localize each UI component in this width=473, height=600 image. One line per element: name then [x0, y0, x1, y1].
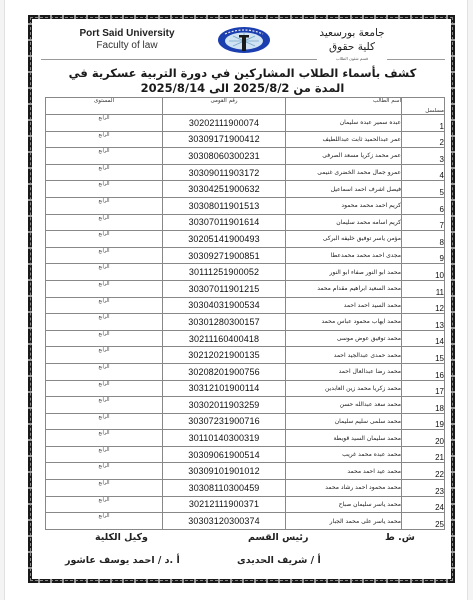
- student-name-cell: محمد عبده محمد غريب: [286, 446, 402, 463]
- student-name-cell: عمر عبدالحميد ثابت عبداللطيف: [286, 131, 402, 148]
- serial-cell: 23: [402, 480, 445, 497]
- national-id-cell: 30307011901614: [163, 214, 286, 231]
- student-name-cell: فيصل اشرف احمد اسماعيل: [286, 181, 402, 198]
- student-name-cell: محمد توفيق عوض موسى: [286, 330, 402, 347]
- level-cell: الرابع: [46, 297, 163, 314]
- national-id-cell: 30309171900412: [163, 131, 286, 148]
- table-row: 18محمد سعد عبدالله حسن30302011903259الرا…: [46, 397, 445, 414]
- student-name-cell: محمد رضا عبدالعال احمد: [286, 363, 402, 380]
- serial-cell: 14: [402, 330, 445, 347]
- level-cell: الرابع: [46, 264, 163, 281]
- table-row: 15محمد حمدى عبدالجيد احمد30212021900135ا…: [46, 347, 445, 364]
- serial-cell: 22: [402, 463, 445, 480]
- table-row: 9مجدى احمد محمد محمدعطا30309271900851الر…: [46, 247, 445, 264]
- level-cell: الرابع: [46, 231, 163, 248]
- table-row: 8مؤمن ياسر توفيق خليفه البركى30205141900…: [46, 231, 445, 248]
- student-name-cell: محمد ابو النور صفاء ابو النور: [286, 264, 402, 281]
- serial-cell: 21: [402, 446, 445, 463]
- national-id-cell: 30202111900074: [163, 115, 286, 132]
- national-id-cell: 30301280300157: [163, 314, 286, 331]
- level-cell: الرابع: [46, 131, 163, 148]
- level-cell: الرابع: [46, 496, 163, 513]
- table-row: 21محمد عبده محمد غريب30309061900514الراب…: [46, 446, 445, 463]
- level-cell: الرابع: [46, 380, 163, 397]
- serial-cell: 3: [402, 148, 445, 165]
- header-arabic: جامعة بورسعيد كلية حقوق: [297, 27, 407, 53]
- national-id-cell: 30208201900756: [163, 363, 286, 380]
- student-name-cell: كريم احمد محمد محمود: [286, 197, 402, 214]
- column-header-name: اسم الطالب: [286, 98, 402, 115]
- table-row: 24محمد ياسر سليمان صباح30212111900371الر…: [46, 496, 445, 513]
- department-label: قسم شئون الطلاب: [317, 55, 387, 63]
- serial-cell: 18: [402, 397, 445, 414]
- student-affairs-label: ش. ط: [385, 532, 415, 543]
- national-id-cell: 30309011903172: [163, 164, 286, 181]
- faculty-name-en: Faculty of law: [67, 40, 187, 51]
- national-id-cell: 30309101901012: [163, 463, 286, 480]
- serial-cell: 12: [402, 297, 445, 314]
- serial-cell: 16: [402, 363, 445, 380]
- title-line-2: المدة من 2025/8/2 الى 2025/8/14: [45, 81, 440, 96]
- national-id-cell: 30312101900114: [163, 380, 286, 397]
- serial-cell: 4: [402, 164, 445, 181]
- table-header-row: مسلسل اسم الطالب رقم القومى المستوى: [46, 98, 445, 115]
- student-name-cell: كريم اسامه محمد سليمان: [286, 214, 402, 231]
- table-row: 2عمر عبدالحميد ثابت عبداللطيف30309171900…: [46, 131, 445, 148]
- national-id-cell: 30307011901215: [163, 280, 286, 297]
- national-id-cell: 30308011901513: [163, 197, 286, 214]
- national-id-cell: 30308060300231: [163, 148, 286, 165]
- student-name-cell: محمد حمدى عبدالجيد احمد: [286, 347, 402, 364]
- university-name-ar: جامعة بورسعيد: [297, 27, 407, 39]
- level-cell: الرابع: [46, 148, 163, 165]
- national-id-cell: 30211160400418: [163, 330, 286, 347]
- table-row: 23محمد محمود احمد رشاد محمد3030811030045…: [46, 480, 445, 497]
- serial-cell: 15: [402, 347, 445, 364]
- document-page: Port Said University Faculty of law جامع…: [4, 0, 468, 600]
- national-id-cell: 30307231900716: [163, 413, 286, 430]
- department-head-title: رئيس القسم: [248, 532, 308, 543]
- table-row: 5فيصل اشرف احمد اسماعيل30304251900632الر…: [46, 181, 445, 198]
- serial-cell: 8: [402, 231, 445, 248]
- student-name-cell: محمد ايهاب محمود عباس محمد: [286, 314, 402, 331]
- national-id-cell: 30308110300459: [163, 480, 286, 497]
- table-row: 22محمد عيد احمد محمد30309101901012الرابع: [46, 463, 445, 480]
- student-name-cell: محمد سليمان السيد قويطة: [286, 430, 402, 447]
- level-cell: الرابع: [46, 463, 163, 480]
- student-name-cell: محمد زكريا محمد زين العابدين: [286, 380, 402, 397]
- table-row: 20محمد سليمان السيد قويطة30110140300319ا…: [46, 430, 445, 447]
- national-id-cell: 30302011903259: [163, 397, 286, 414]
- student-name-cell: محمد السيد احمد احمد: [286, 297, 402, 314]
- level-cell: الرابع: [46, 214, 163, 231]
- level-cell: الرابع: [46, 115, 163, 132]
- table-row: 17محمد زكريا محمد زين العابدين3031210190…: [46, 380, 445, 397]
- serial-cell: 7: [402, 214, 445, 231]
- level-cell: الرابع: [46, 413, 163, 430]
- table-row: 12محمد السيد احمد احمد30304031900534الرا…: [46, 297, 445, 314]
- serial-cell: 9: [402, 247, 445, 264]
- faculty-name-ar: كلية حقوق: [297, 41, 407, 53]
- serial-cell: 5: [402, 181, 445, 198]
- national-id-cell: 30309061900514: [163, 446, 286, 463]
- serial-cell: 13: [402, 314, 445, 331]
- student-name-cell: محمد محمود احمد رشاد محمد: [286, 480, 402, 497]
- table-row: 7كريم اسامه محمد سليمان30307011901614الر…: [46, 214, 445, 231]
- level-cell: الرابع: [46, 314, 163, 331]
- national-id-cell: 30304251900632: [163, 181, 286, 198]
- students-table: مسلسل اسم الطالب رقم القومى المستوى 1عبد…: [45, 97, 445, 530]
- serial-cell: 11: [402, 280, 445, 297]
- level-cell: الرابع: [46, 480, 163, 497]
- table-row: 1عبده سمير عبده سليمان30202111900074الرا…: [46, 115, 445, 132]
- level-cell: الرابع: [46, 280, 163, 297]
- national-id-cell: 30110140300319: [163, 430, 286, 447]
- national-id-cell: 30309271900851: [163, 247, 286, 264]
- level-cell: الرابع: [46, 197, 163, 214]
- national-id-cell: 30303120300374: [163, 513, 286, 530]
- university-logo-icon: [215, 24, 273, 56]
- level-cell: الرابع: [46, 446, 163, 463]
- column-header-level: المستوى: [46, 98, 163, 115]
- national-id-cell: 30111251900052: [163, 264, 286, 281]
- serial-cell: 2: [402, 131, 445, 148]
- department-head-name: أ / شريف الحديدى: [237, 555, 321, 566]
- header-english: Port Said University Faculty of law: [67, 28, 187, 51]
- serial-cell: 19: [402, 413, 445, 430]
- serial-cell: 24: [402, 496, 445, 513]
- title-line-1: كشف بأسماء الطلاب المشاركين في دورة التر…: [45, 66, 440, 81]
- table-row: 19محمد سلمى سليم سليمان30307231900716الر…: [46, 413, 445, 430]
- serial-cell: 25: [402, 513, 445, 530]
- level-cell: الرابع: [46, 347, 163, 364]
- serial-cell: 6: [402, 197, 445, 214]
- table-row: 3عمر محمد زكريا مسعد الصرفى3030806030023…: [46, 148, 445, 165]
- table-row: 6كريم احمد محمد محمود30308011901513الراب…: [46, 197, 445, 214]
- level-cell: الرابع: [46, 247, 163, 264]
- student-name-cell: عمر محمد زكريا مسعد الصرفى: [286, 148, 402, 165]
- serial-cell: 17: [402, 380, 445, 397]
- student-name-cell: مجدى احمد محمد محمدعطا: [286, 247, 402, 264]
- student-name-cell: محمد سلمى سليم سليمان: [286, 413, 402, 430]
- table-row: 25محمد ياسر على محمد الجبار3030312030037…: [46, 513, 445, 530]
- table-row: 11محمد السعيد ابراهيم مقدام محمد30307011…: [46, 280, 445, 297]
- level-cell: الرابع: [46, 363, 163, 380]
- table-row: 4عمرو جمال محمد الخضرى غنيمى303090119031…: [46, 164, 445, 181]
- national-id-cell: 30212111900371: [163, 496, 286, 513]
- level-cell: الرابع: [46, 164, 163, 181]
- national-id-cell: 30212021900135: [163, 347, 286, 364]
- vice-dean-name: أ .د / احمد يوسف عاشور: [65, 555, 180, 566]
- column-header-national-id: رقم القومى: [163, 98, 286, 115]
- document-title: كشف بأسماء الطلاب المشاركين في دورة التر…: [45, 66, 440, 96]
- serial-cell: 10: [402, 264, 445, 281]
- national-id-cell: 30205141900493: [163, 231, 286, 248]
- vice-dean-title: وكيل الكلية: [95, 532, 148, 543]
- serial-cell: 1: [402, 115, 445, 132]
- serial-cell: 20: [402, 430, 445, 447]
- national-id-cell: 30304031900534: [163, 297, 286, 314]
- student-name-cell: محمد ياسر على محمد الجبار: [286, 513, 402, 530]
- level-cell: الرابع: [46, 330, 163, 347]
- table-row: 10محمد ابو النور صفاء ابو النور301112519…: [46, 264, 445, 281]
- university-name-en: Port Said University: [67, 28, 187, 39]
- table-row: 14محمد توفيق عوض موسى30211160400418الراب…: [46, 330, 445, 347]
- student-name-cell: محمد ياسر سليمان صباح: [286, 496, 402, 513]
- level-cell: الرابع: [46, 513, 163, 530]
- column-header-serial: مسلسل: [402, 98, 445, 115]
- student-name-cell: عبده سمير عبده سليمان: [286, 115, 402, 132]
- level-cell: الرابع: [46, 430, 163, 447]
- level-cell: الرابع: [46, 397, 163, 414]
- table-row: 13محمد ايهاب محمود عباس محمد303012803001…: [46, 314, 445, 331]
- student-name-cell: محمد عيد احمد محمد: [286, 463, 402, 480]
- student-name-cell: عمرو جمال محمد الخضرى غنيمى: [286, 164, 402, 181]
- student-name-cell: محمد السعيد ابراهيم مقدام محمد: [286, 280, 402, 297]
- student-name-cell: محمد سعد عبدالله حسن: [286, 397, 402, 414]
- table-row: 16محمد رضا عبدالعال احمد30208201900756ال…: [46, 363, 445, 380]
- level-cell: الرابع: [46, 181, 163, 198]
- student-name-cell: مؤمن ياسر توفيق خليفه البركى: [286, 231, 402, 248]
